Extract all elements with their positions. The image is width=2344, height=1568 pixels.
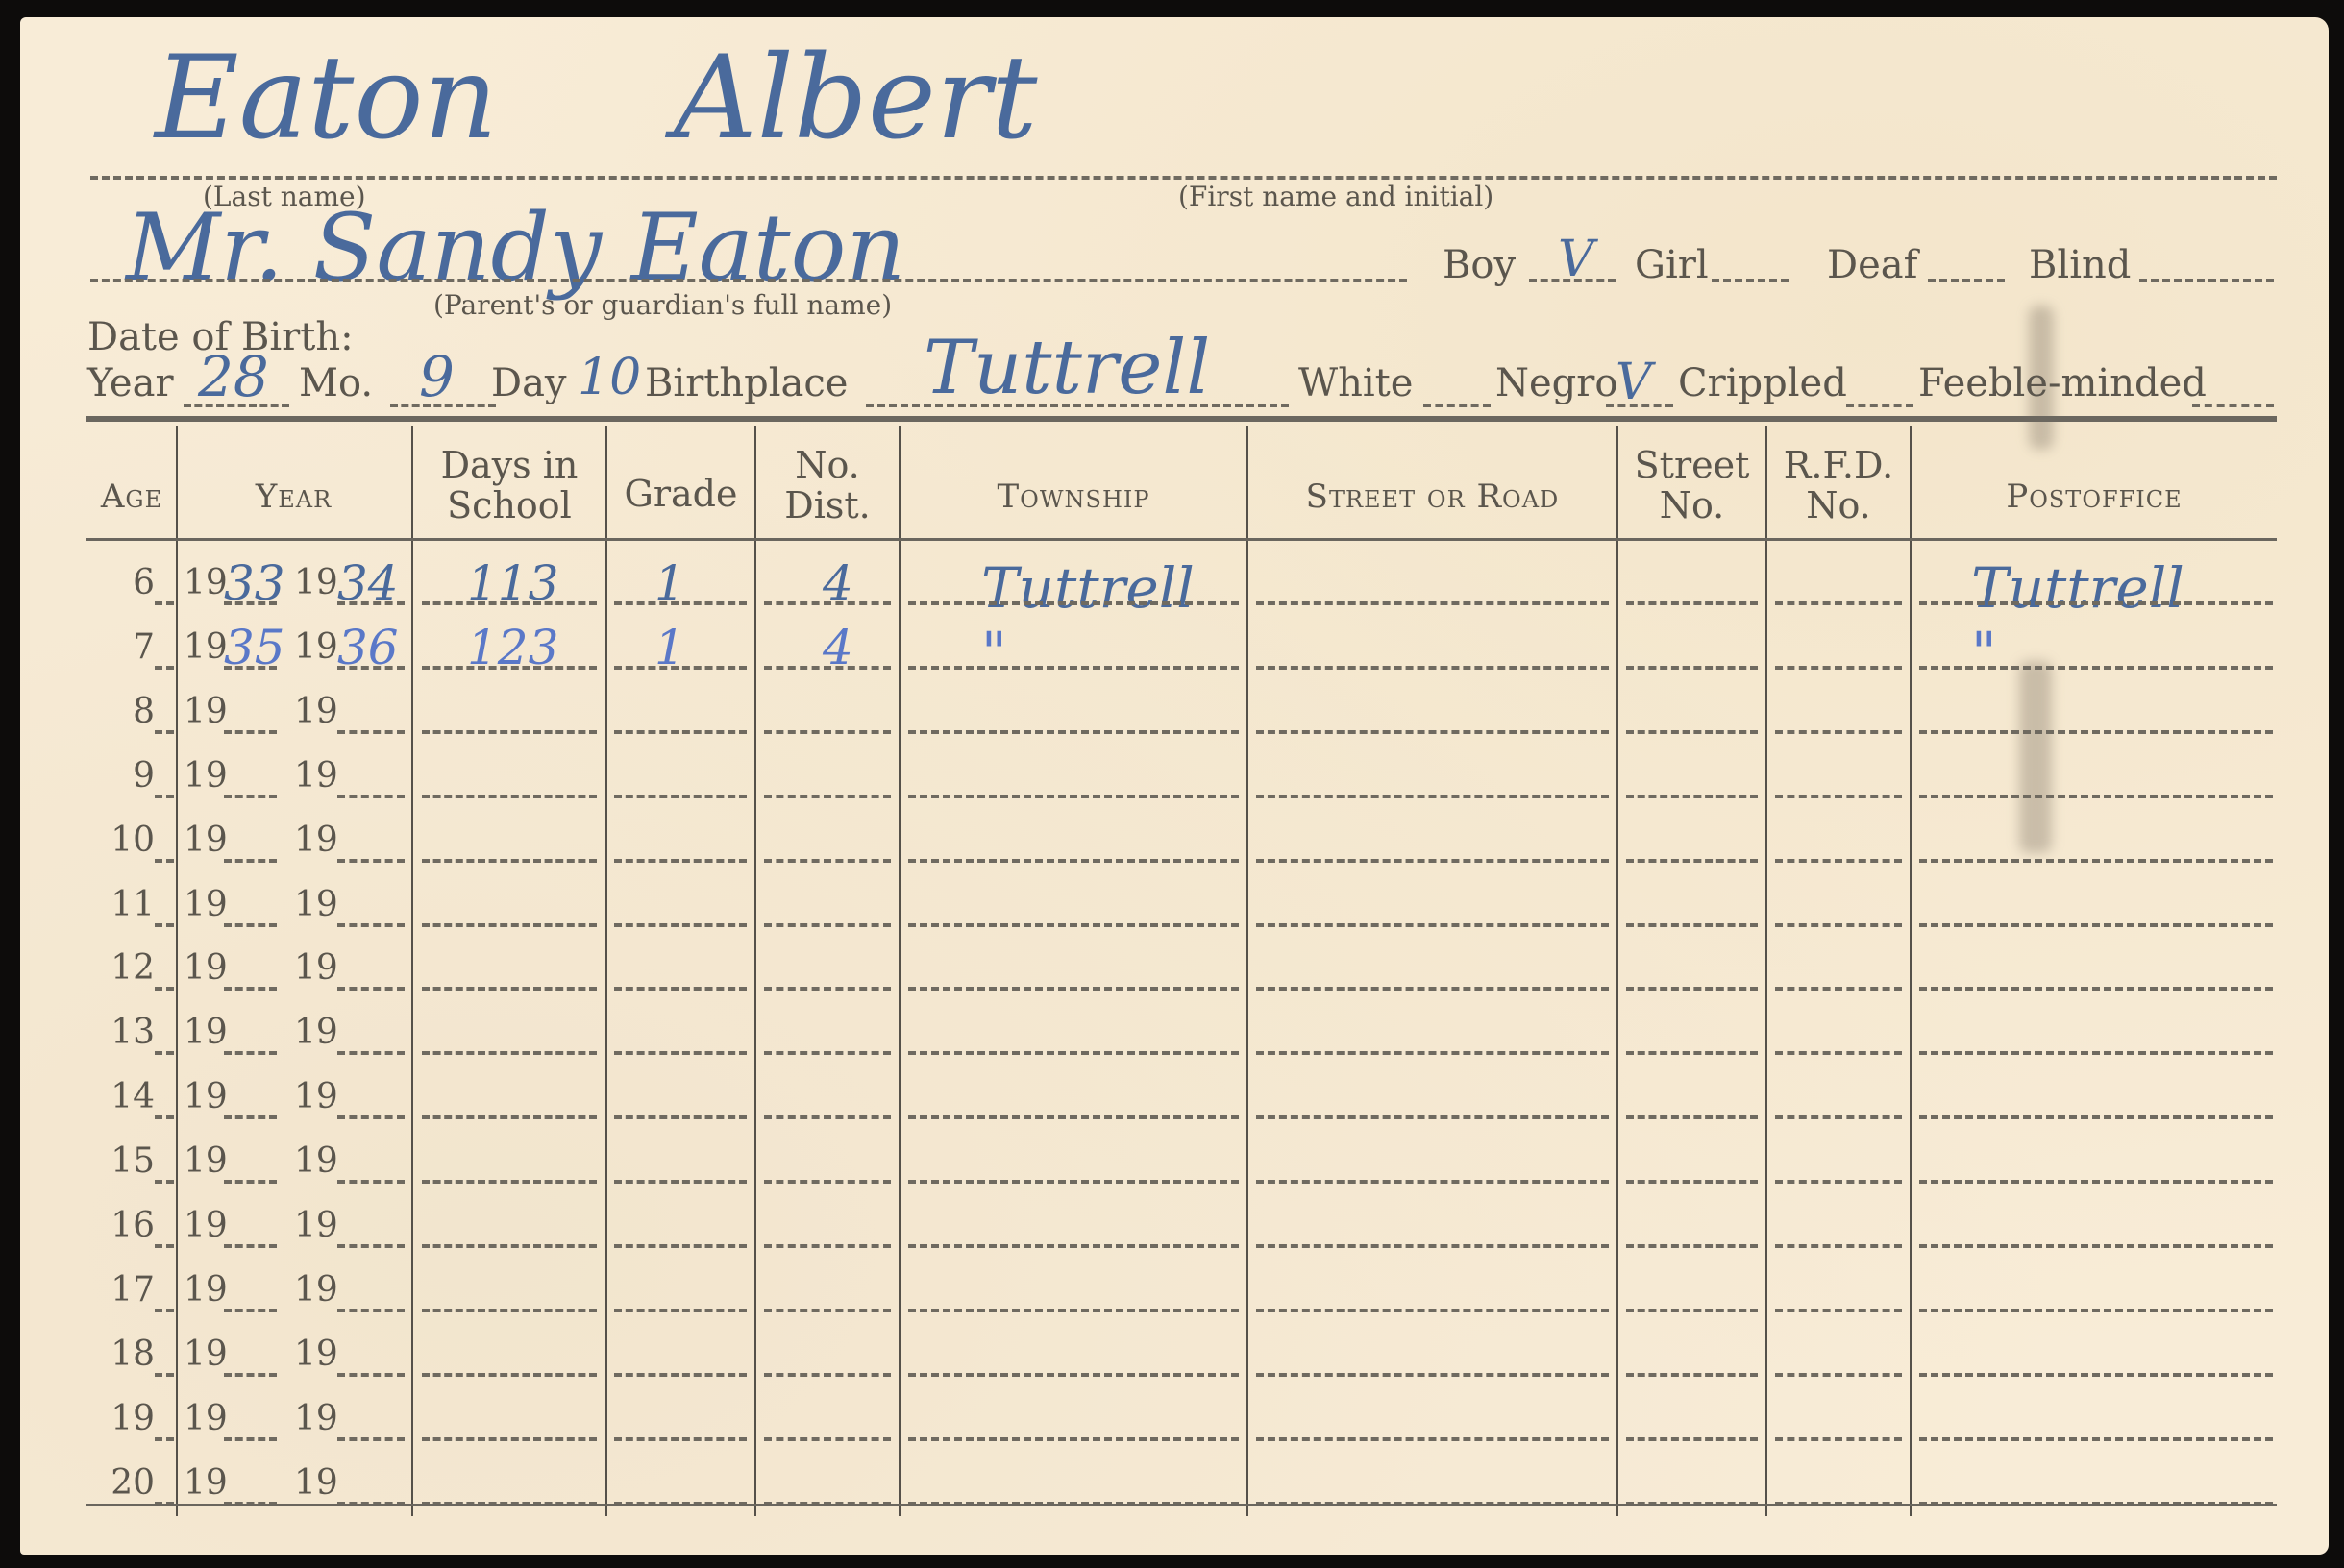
header-grade: Grade — [607, 474, 754, 514]
year-dash-b — [337, 859, 405, 863]
month-label: Mo. — [299, 361, 373, 405]
postoffice-field — [1919, 601, 2273, 605]
dist-field — [764, 1180, 891, 1184]
age-dash — [155, 1180, 174, 1184]
year-prefix-b: 19 — [294, 756, 338, 796]
township-field — [908, 1309, 1239, 1312]
township-field — [908, 666, 1239, 670]
rfd-field — [1775, 730, 1902, 734]
days-field — [422, 730, 597, 734]
year-dash-b — [337, 1115, 405, 1119]
year-dash-a — [224, 795, 277, 798]
days-field — [422, 1180, 597, 1184]
street-no-field — [1626, 1115, 1758, 1119]
header-age: Age — [87, 477, 176, 517]
year-prefix-b: 19 — [294, 1399, 338, 1438]
year-prefix-a: 19 — [184, 1077, 228, 1116]
parent-name: Mr. Sandy Eaton — [126, 195, 905, 301]
street-no-field — [1626, 1244, 1758, 1248]
township-cell[interactable]: " — [981, 620, 1007, 685]
year-prefix-b: 19 — [294, 1463, 338, 1503]
grade-underline — [614, 730, 747, 734]
street-field — [1256, 859, 1609, 863]
days-field — [422, 1309, 597, 1312]
age-cell: 19 — [87, 1399, 155, 1438]
birth-year: 28 — [198, 344, 269, 409]
header-rfd-line1: R.F.D. — [1767, 445, 1910, 485]
street-no-field — [1626, 601, 1758, 605]
rfd-field — [1775, 666, 1902, 670]
year-dash-a — [224, 1437, 277, 1441]
year-prefix-a: 19 — [184, 1141, 228, 1181]
age-dash — [155, 1244, 174, 1248]
rfd-field — [1775, 1180, 1902, 1184]
street-no-field — [1626, 1051, 1758, 1055]
dist-field — [764, 1373, 891, 1377]
postoffice-cell[interactable]: Tuttrell — [1971, 555, 2184, 621]
header-no-dist: No. Dist. — [756, 445, 899, 526]
column-divider — [411, 426, 413, 1516]
dist-field — [764, 1244, 891, 1248]
year-prefix-a: 19 — [184, 1399, 228, 1438]
day-label: Day — [491, 361, 567, 405]
days-field — [422, 859, 597, 863]
street-field — [1256, 666, 1609, 670]
age-cell: 14 — [87, 1077, 155, 1116]
street-no-field — [1626, 859, 1758, 863]
age-cell: 15 — [87, 1141, 155, 1181]
grade-underline — [614, 1051, 747, 1055]
birthplace-label: Birthplace — [645, 361, 848, 405]
birthplace-value: Tuttrell — [924, 325, 1210, 411]
column-divider — [1910, 426, 1912, 1516]
dist-field — [764, 730, 891, 734]
feeble-minded-field — [2192, 404, 2274, 407]
postoffice-field — [1919, 1309, 2273, 1312]
age-dash — [155, 987, 174, 991]
street-no-field — [1626, 987, 1758, 991]
birth-month: 9 — [419, 344, 455, 409]
grade-underline — [614, 923, 747, 927]
rfd-field — [1775, 1244, 1902, 1248]
street-field — [1256, 730, 1609, 734]
header-bottom-rule — [86, 538, 2277, 541]
grade-underline — [614, 859, 747, 863]
township-field — [908, 1437, 1239, 1441]
year-prefix-a: 19 — [184, 1270, 228, 1310]
age-dash — [155, 601, 174, 605]
year-prefix-b: 19 — [294, 1141, 338, 1181]
blind-field — [2139, 279, 2274, 282]
year-dash-b — [337, 795, 405, 798]
birthplace-field — [866, 404, 1289, 407]
township-field — [908, 1244, 1239, 1248]
age-dash — [155, 1115, 174, 1119]
grade-underline — [614, 1309, 747, 1312]
township-field — [908, 1373, 1239, 1377]
year-prefix-a: 19 — [184, 627, 228, 667]
street-field — [1256, 1373, 1609, 1377]
postoffice-field — [1919, 1437, 2273, 1441]
days-field — [422, 1373, 597, 1377]
postoffice-cell[interactable]: " — [1971, 620, 1997, 685]
days-field — [422, 1244, 597, 1248]
postoffice-field — [1919, 1051, 2273, 1055]
year-dash-b — [337, 1309, 405, 1312]
boy-field — [1529, 279, 1616, 282]
grade-underline — [614, 795, 747, 798]
year-dash-b — [337, 1437, 405, 1441]
days-field — [422, 987, 597, 991]
year-dash-a — [224, 1373, 277, 1377]
age-cell: 11 — [87, 885, 155, 924]
header-days-line1: Days in — [413, 445, 605, 485]
column-divider — [605, 426, 607, 1516]
township-field — [908, 795, 1239, 798]
township-field — [908, 601, 1239, 605]
year-prefix-a: 19 — [184, 756, 228, 796]
year-prefix-b: 19 — [294, 1077, 338, 1116]
parent-name-label: (Parent's or guardian's full name) — [433, 289, 892, 321]
street-field — [1256, 987, 1609, 991]
rfd-field — [1775, 987, 1902, 991]
year-dash-b — [337, 601, 405, 605]
year-dash-b — [337, 1244, 405, 1248]
rfd-field — [1775, 859, 1902, 863]
postoffice-field — [1919, 730, 2273, 734]
name-underline — [90, 176, 2277, 180]
year-dash-b — [337, 1051, 405, 1055]
year-prefix-b: 19 — [294, 821, 338, 860]
days-field — [422, 666, 597, 670]
feeble-minded-label: Feeble-minded — [1918, 361, 2207, 405]
year-prefix-a: 19 — [184, 1206, 228, 1245]
year-prefix-a: 19 — [184, 1463, 228, 1503]
year-dash-b — [337, 1180, 405, 1184]
year-prefix-a: 19 — [184, 948, 228, 988]
street-no-field — [1626, 923, 1758, 927]
age-dash — [155, 1373, 174, 1377]
days-field — [422, 795, 597, 798]
dist-field — [764, 1309, 891, 1312]
parent-underline — [90, 279, 1407, 282]
white-label: White — [1298, 361, 1413, 405]
dist-field — [764, 1437, 891, 1441]
age-cell: 8 — [87, 692, 155, 731]
township-field — [908, 859, 1239, 863]
street-field — [1256, 795, 1609, 798]
column-divider — [1616, 426, 1618, 1516]
postoffice-field — [1919, 859, 2273, 863]
age-cell: 12 — [87, 948, 155, 988]
age-cell: 17 — [87, 1270, 155, 1310]
postoffice-field — [1919, 923, 2273, 927]
header-no-dist-line2: Dist. — [756, 485, 899, 526]
header-street-no-line1: Street — [1618, 445, 1765, 485]
street-no-field — [1626, 666, 1758, 670]
grade-underline — [614, 1115, 747, 1119]
rfd-field — [1775, 1373, 1902, 1377]
street-no-field — [1626, 1373, 1758, 1377]
dist-field — [764, 795, 891, 798]
grade-underline — [614, 987, 747, 991]
age-cell: 7 — [87, 627, 155, 667]
postoffice-field — [1919, 1244, 2273, 1248]
column-divider — [1246, 426, 1248, 1516]
age-dash — [155, 1051, 174, 1055]
age-cell: 9 — [87, 756, 155, 796]
header-no-dist-line1: No. — [756, 445, 899, 485]
year-dash-b — [337, 987, 405, 991]
dist-field — [764, 666, 891, 670]
days-field — [422, 1051, 597, 1055]
year-dash-a — [224, 923, 277, 927]
year-dash-a — [224, 1051, 277, 1055]
grade-underline — [614, 601, 747, 605]
age-dash — [155, 730, 174, 734]
year-dash-a — [224, 987, 277, 991]
days-field — [422, 1115, 597, 1119]
street-field — [1256, 1309, 1609, 1312]
rfd-field — [1775, 1309, 1902, 1312]
age-dash — [155, 795, 174, 798]
year-dash-b — [337, 1373, 405, 1377]
township-cell[interactable]: Tuttrell — [981, 555, 1195, 621]
crippled-label: Crippled — [1678, 361, 1847, 405]
year-prefix-b: 19 — [294, 885, 338, 924]
street-field — [1256, 1244, 1609, 1248]
dist-field — [764, 923, 891, 927]
year-prefix-a: 19 — [184, 692, 228, 731]
township-field — [908, 1180, 1239, 1184]
white-field — [1423, 404, 1491, 407]
student-last-name: Eaton — [155, 37, 498, 161]
street-no-field — [1626, 730, 1758, 734]
header-township: Township — [901, 477, 1246, 517]
year-prefix-b: 19 — [294, 1335, 338, 1374]
birth-month-field — [390, 404, 496, 407]
stain-mark — [2019, 661, 2052, 853]
postoffice-field — [1919, 1115, 2273, 1119]
year-dash-a — [224, 1180, 277, 1184]
street-field — [1256, 601, 1609, 605]
birth-day: 10 — [578, 349, 641, 406]
rfd-field — [1775, 923, 1902, 927]
township-field — [908, 987, 1239, 991]
deaf-label: Deaf — [1827, 243, 1917, 287]
dist-field — [764, 987, 891, 991]
age-dash — [155, 859, 174, 863]
age-dash — [155, 923, 174, 927]
dist-field — [764, 1115, 891, 1119]
street-field — [1256, 923, 1609, 927]
rfd-field — [1775, 1437, 1902, 1441]
negro-checkmark: V — [1616, 354, 1652, 411]
header-street-or-road: Street or Road — [1248, 477, 1616, 517]
first-name-label: (First name and initial) — [1178, 181, 1493, 212]
header-postoffice: Postoffice — [1912, 477, 2277, 517]
header-days-line2: School — [413, 485, 605, 526]
postoffice-field — [1919, 1180, 2273, 1184]
grade-underline — [614, 1244, 747, 1248]
column-divider — [754, 426, 756, 1516]
rfd-field — [1775, 795, 1902, 798]
year-prefix-b: 19 — [294, 692, 338, 731]
year-prefix-a: 19 — [184, 1013, 228, 1052]
rfd-field — [1775, 1051, 1902, 1055]
age-cell: 16 — [87, 1206, 155, 1245]
negro-field — [1606, 404, 1673, 407]
age-cell: 18 — [87, 1335, 155, 1374]
township-field — [908, 923, 1239, 927]
street-no-field — [1626, 1437, 1758, 1441]
age-cell: 13 — [87, 1013, 155, 1052]
age-dash — [155, 666, 174, 670]
township-field — [908, 730, 1239, 734]
days-field — [422, 923, 597, 927]
postoffice-field — [1919, 666, 2273, 670]
header-rfd-line2: No. — [1767, 485, 1910, 526]
column-divider — [176, 426, 178, 1516]
street-field — [1256, 1115, 1609, 1119]
grade-underline — [614, 1180, 747, 1184]
grade-underline — [614, 1373, 747, 1377]
year-prefix-b: 19 — [294, 1013, 338, 1052]
dist-field — [764, 859, 891, 863]
year-dash-a — [224, 666, 277, 670]
township-field — [908, 1115, 1239, 1119]
year-prefix-a: 19 — [184, 885, 228, 924]
postoffice-field — [1919, 1373, 2273, 1377]
rfd-field — [1775, 601, 1902, 605]
street-no-field — [1626, 1180, 1758, 1184]
table-bottom-rule — [86, 1504, 2277, 1506]
year-prefix-a: 19 — [184, 563, 228, 602]
year-dash-a — [224, 1309, 277, 1312]
year-prefix-b: 19 — [294, 948, 338, 988]
header-days-in-school: Days in School — [413, 445, 605, 526]
boy-label: Boy — [1443, 243, 1516, 287]
header-year: Year — [176, 477, 411, 517]
age-cell: 6 — [87, 563, 155, 602]
grade-underline — [614, 666, 747, 670]
deaf-field — [1928, 279, 2005, 282]
year-prefix-b: 19 — [294, 627, 338, 667]
year-prefix-b: 19 — [294, 563, 338, 602]
crippled-field — [1846, 404, 1913, 407]
postoffice-field — [1919, 987, 2273, 991]
table-top-rule — [86, 416, 2277, 422]
street-no-field — [1626, 1309, 1758, 1312]
header-street-no: Street No. — [1618, 445, 1765, 526]
school-census-card: Eaton Albert (Last name) (First name and… — [20, 17, 2329, 1555]
year-prefix-a: 19 — [184, 1335, 228, 1374]
birth-year-field — [184, 404, 289, 407]
age-cell: 10 — [87, 821, 155, 860]
column-divider — [1765, 426, 1767, 1516]
year-dash-a — [224, 730, 277, 734]
age-cell: 20 — [87, 1463, 155, 1503]
year-prefix-b: 19 — [294, 1270, 338, 1310]
header-rfd-no: R.F.D. No. — [1767, 445, 1910, 526]
girl-label: Girl — [1635, 243, 1709, 287]
negro-label: Negro — [1495, 361, 1617, 405]
rfd-field — [1775, 1115, 1902, 1119]
street-no-field — [1626, 795, 1758, 798]
header-street-no-line2: No. — [1618, 485, 1765, 526]
year-dash-a — [224, 1244, 277, 1248]
year-prefix-a: 19 — [184, 821, 228, 860]
blind-label: Blind — [2029, 243, 2131, 287]
age-dash — [155, 1309, 174, 1312]
student-first-name: Albert — [674, 37, 1037, 161]
street-field — [1256, 1051, 1609, 1055]
postoffice-field — [1919, 795, 2273, 798]
grade-underline — [614, 1437, 747, 1441]
days-field — [422, 1437, 597, 1441]
street-field — [1256, 1180, 1609, 1184]
year-dash-a — [224, 859, 277, 863]
year-label: Year — [87, 361, 174, 405]
dist-field — [764, 601, 891, 605]
age-dash — [155, 1437, 174, 1441]
year-dash-a — [224, 601, 277, 605]
year-dash-b — [337, 730, 405, 734]
column-divider — [899, 426, 901, 1516]
year-dash-a — [224, 1115, 277, 1119]
dist-field — [764, 1051, 891, 1055]
year-dash-b — [337, 666, 405, 670]
girl-field — [1712, 279, 1789, 282]
days-field — [422, 601, 597, 605]
township-field — [908, 1051, 1239, 1055]
year-dash-b — [337, 923, 405, 927]
year-prefix-b: 19 — [294, 1206, 338, 1245]
street-field — [1256, 1437, 1609, 1441]
